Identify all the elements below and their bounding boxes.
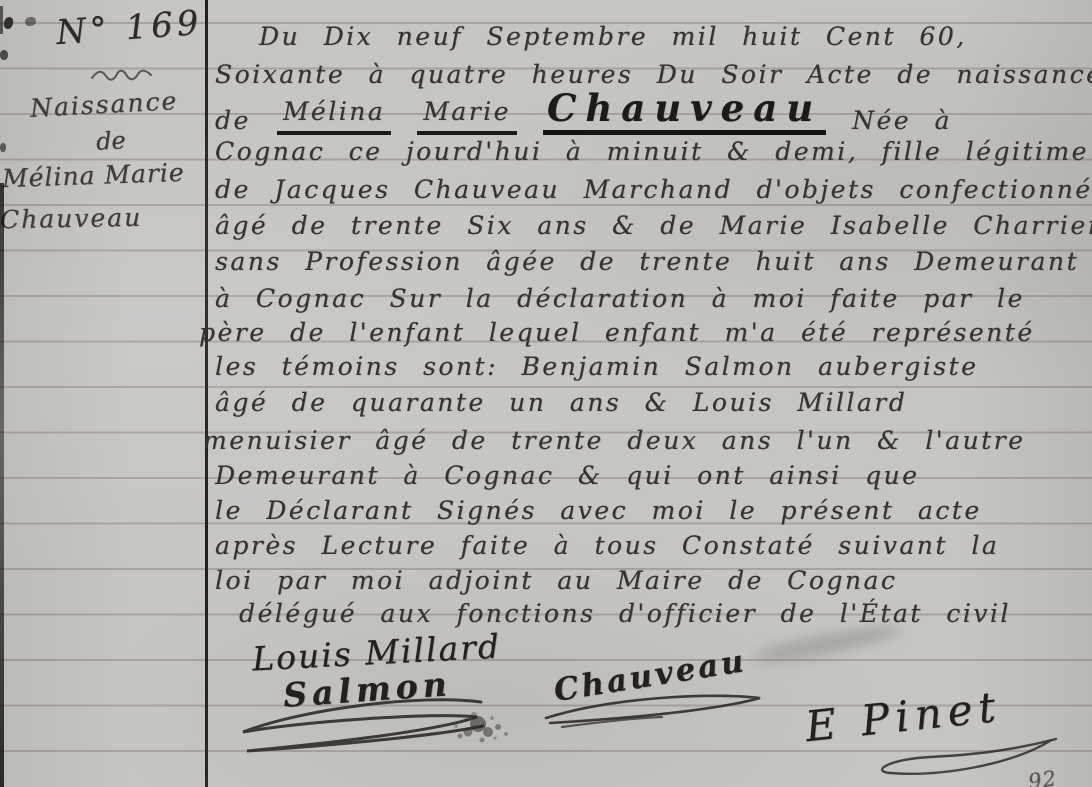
edge-artifact (0, 50, 8, 60)
act-line: de Jacques Chauveau Marchand d'objets co… (215, 175, 1092, 204)
act-name-line: de Mélina Marie Chauveau Née à (215, 90, 952, 135)
margin-vertical-rule (205, 0, 208, 787)
act-line: menuisier âgé de trente deux ans l'un & … (203, 426, 1025, 455)
margin-column: N° 169 Naissance de Mélina Marie Chauvea… (0, 0, 205, 787)
child-surname: Chauveau (543, 90, 826, 135)
act-line: délégué aux fonctions d'officier de l'Ét… (239, 599, 1011, 628)
act-line: âgé de trente Six ans & de Marie Isabell… (215, 211, 1092, 240)
margin-flourish-icon (90, 62, 154, 86)
act-line: Cognac ce jourd'hui à minuit & demi, fil… (215, 137, 1089, 166)
act-line: loi par moi adjoint au Maire de Cognac (215, 566, 897, 595)
act-line: après Lecture faite à tous Constaté suiv… (215, 531, 999, 560)
ink-blot (448, 706, 520, 752)
act-line: à Cognac Sur la déclaration à moi faite … (215, 284, 1025, 313)
margin-title-naissance: Naissance (29, 86, 179, 123)
binding-edge-shadow-top (0, 6, 3, 34)
child-middle-name: Marie (417, 97, 517, 135)
act-line: Soixante à quatre heures Du Soir Acte de… (215, 60, 1092, 89)
child-first-name: Mélina (277, 97, 391, 135)
binding-edge-shadow (0, 183, 4, 787)
act-line: Du Dix neuf Septembre mil huit Cent 60, (259, 22, 967, 51)
act-line: père de l'enfant lequel enfant m'a été r… (199, 318, 1035, 347)
margin-title-de: de (95, 126, 126, 156)
act-number: N° 169 (55, 3, 204, 53)
act-line: âgé de quarante un ans & Louis Millard (215, 388, 907, 417)
edge-artifact (0, 143, 6, 152)
register-page-scan: N° 169 Naissance de Mélina Marie Chauvea… (0, 0, 1092, 787)
act-line: Demeurant à Cognac & qui ont ainsi que (215, 461, 919, 490)
act-line: les témoins sont: Benjamin Salmon auberg… (215, 352, 978, 381)
page-number-mark: 92 (1026, 766, 1058, 787)
margin-child-surname: Chauveau (0, 203, 142, 234)
act-line: le Déclarant Signés avec moi le présent … (215, 496, 982, 525)
name-line-suffix: Née à (852, 106, 952, 135)
chauveau-signature-flourish-icon (540, 690, 770, 730)
act-line: sans Profession âgée de trente huit ans … (215, 247, 1079, 276)
name-line-de: de (215, 106, 251, 135)
margin-child-firstnames: Mélina Marie (2, 158, 185, 193)
